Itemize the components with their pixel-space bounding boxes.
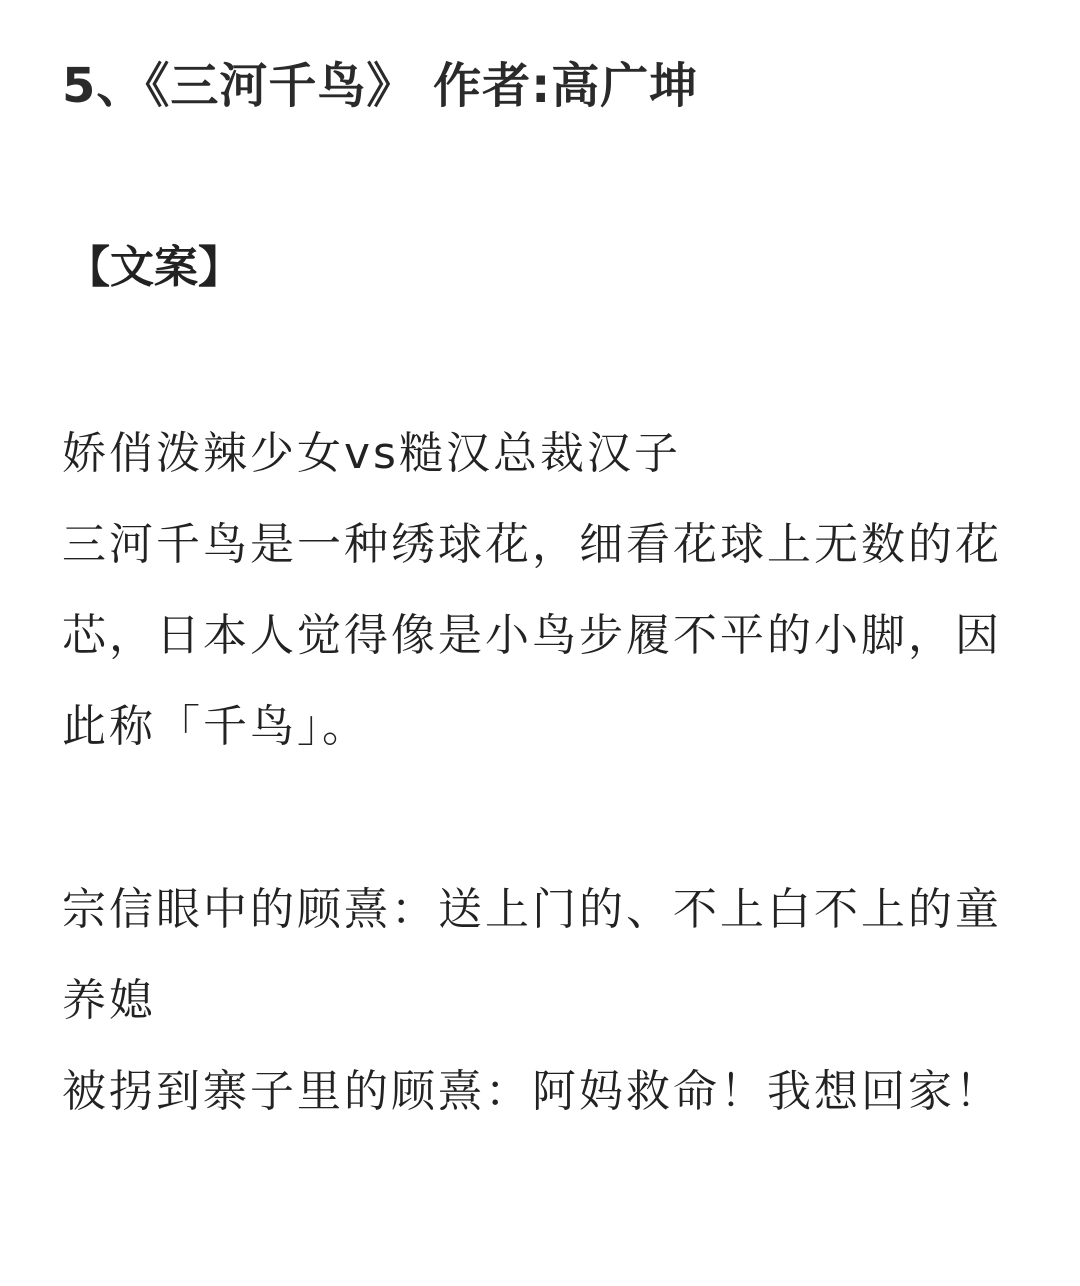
- synopsis-paragraph-1: 娇俏泼辣少女vs糙汉总裁汉子 三河千鸟是一种绣球花，细看花球上无数的花芯，日本人…: [62, 408, 1032, 772]
- synopsis-line: 娇俏泼辣少女vs糙汉总裁汉子: [62, 408, 1032, 499]
- synopsis-paragraph-2: 宗信眼中的顾熹：送上门的、不上白不上的童养媳 被拐到寨子里的顾熹：阿妈救命！我想…: [62, 864, 1032, 1137]
- synopsis-line: 被拐到寨子里的顾熹：阿妈救命！我想回家！: [62, 1046, 1032, 1137]
- synopsis-line: 宗信眼中的顾熹：送上门的、不上白不上的童养媳: [62, 864, 1032, 1046]
- page-title: 5、《三河千鸟》 作者:高广坤: [62, 56, 698, 116]
- section-heading-synopsis: 【文案】: [66, 240, 242, 296]
- synopsis-line: 三河千鸟是一种绣球花，细看花球上无数的花芯，日本人觉得像是小鸟步履不平的小脚，因…: [62, 499, 1032, 772]
